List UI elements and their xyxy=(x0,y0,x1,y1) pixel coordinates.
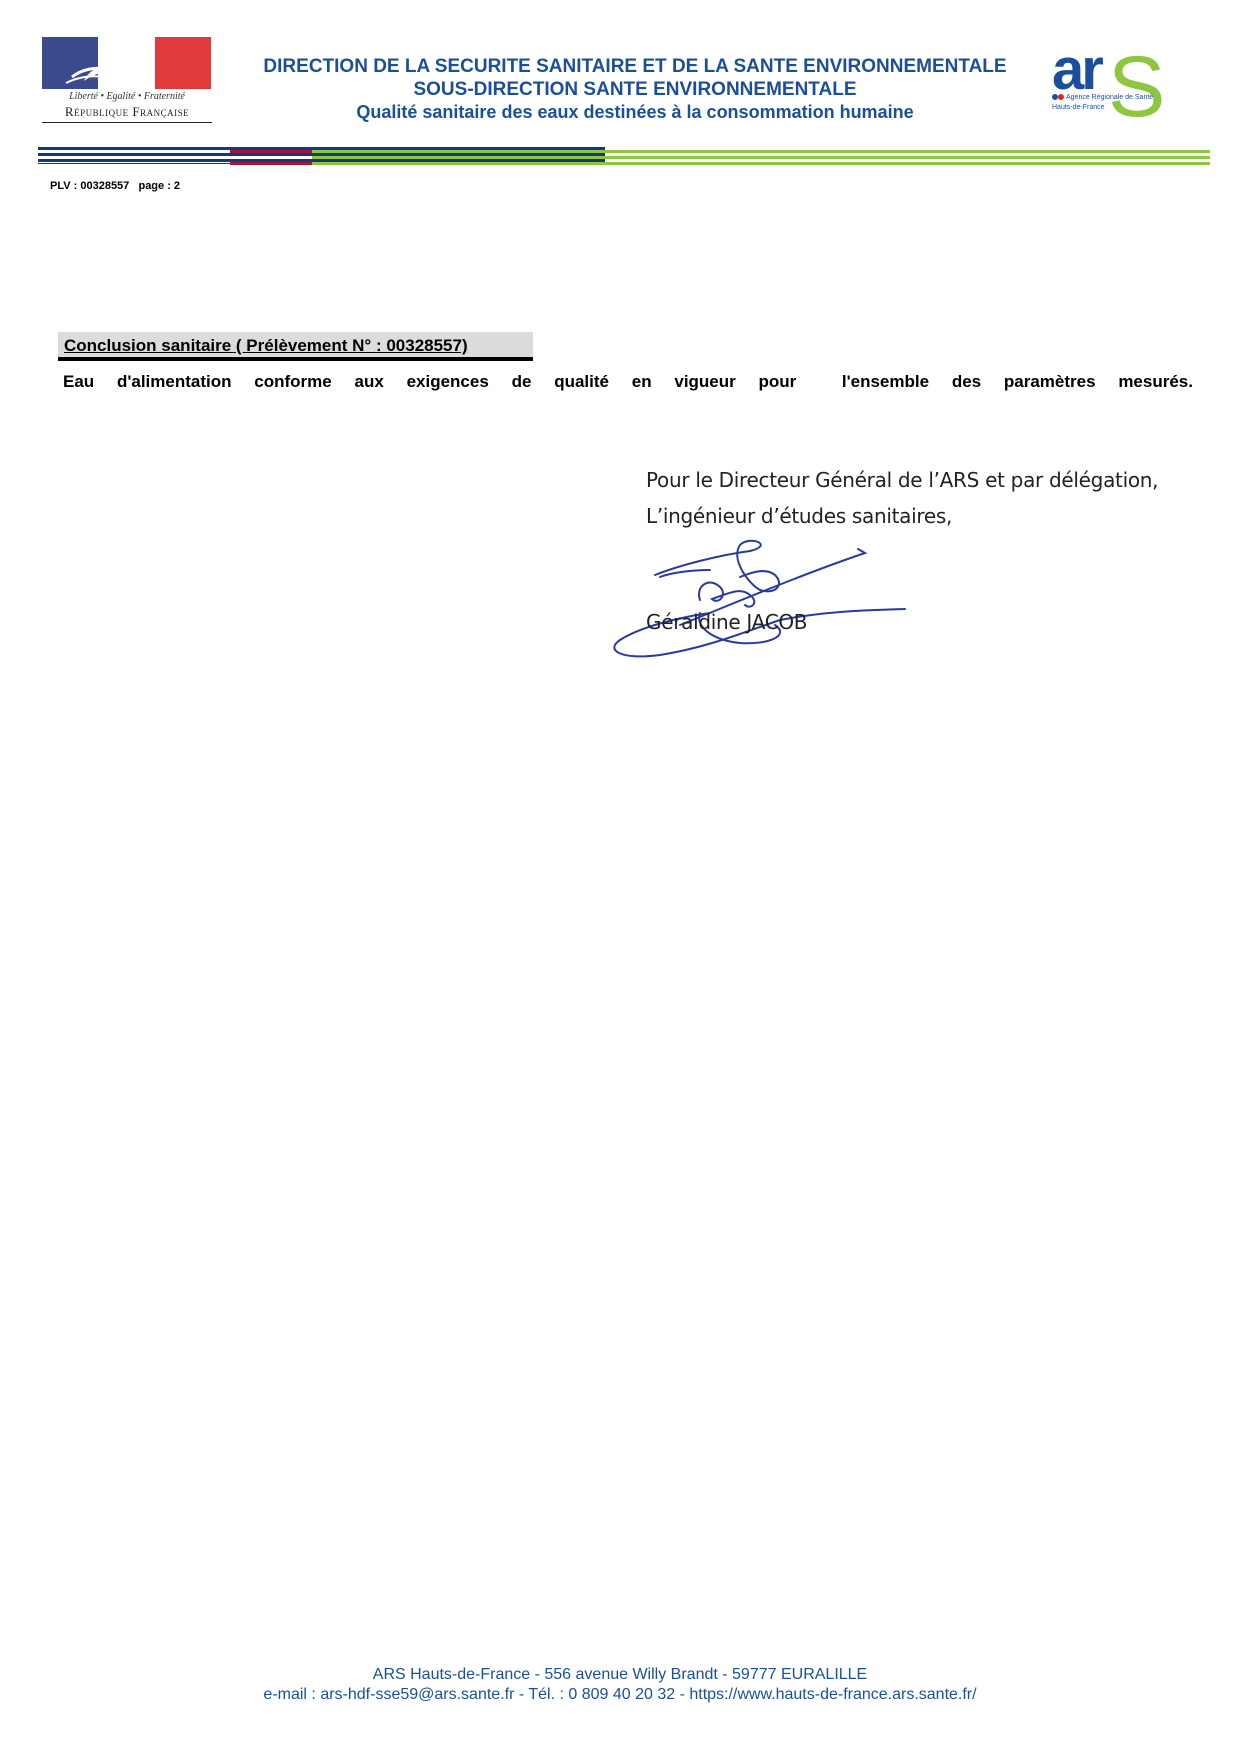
conclusion-word: d'alimentation xyxy=(117,372,232,392)
motto-text: Liberté • Egalité • Fraternité xyxy=(42,91,212,102)
stripe-red-segment xyxy=(230,147,312,165)
conclusion-word: exigences xyxy=(407,372,489,392)
sample-reference: PLV : 00328557 page : 2 xyxy=(50,180,180,192)
title-sous-direction: SOUS-DIRECTION SANTE ENVIRONNEMENTALE xyxy=(205,78,1065,101)
conclusion-word: conforme xyxy=(254,372,331,392)
header-titles: DIRECTION DE LA SECURITE SANITAIRE ET DE… xyxy=(205,55,1065,124)
conclusion-word: aux xyxy=(355,372,384,392)
conclusion-word: paramètres xyxy=(1004,372,1096,392)
ars-agency-label: Agence Régionale de Santé xyxy=(1052,94,1153,101)
ars-logo: ar S Agence Régionale de Santé Hauts-de-… xyxy=(1052,50,1182,130)
conclusion-word: de xyxy=(512,372,532,392)
marianne-flag-icon xyxy=(42,37,211,89)
ars-region-label: Hauts-de-France xyxy=(1052,104,1105,111)
footer-address: ARS Hauts-de-France - 556 avenue Willy B… xyxy=(0,1665,1240,1685)
republique-francaise-logo: Liberté • Egalité • Fraternité Républiqu… xyxy=(42,37,212,125)
conclusion-word: en xyxy=(632,372,652,392)
conclusion-word: des xyxy=(952,372,981,392)
footer-contact: e-mail : ars-hdf-sse59@ars.sante.fr - Té… xyxy=(0,1685,1240,1705)
conclusion-word: Eau xyxy=(63,372,94,392)
logo-underline xyxy=(42,122,212,123)
page-number: page : 2 xyxy=(138,180,180,192)
stripe-green-blue-segment xyxy=(312,147,605,165)
conclusion-text: Eaud'alimentationconformeauxexigencesdeq… xyxy=(63,372,1193,392)
conclusion-heading-text: Conclusion sanitaire ( Prélèvement N° : … xyxy=(64,336,468,356)
conclusion-word: vigueur xyxy=(674,372,735,392)
red-dot-icon xyxy=(1058,94,1064,100)
signature-delegation: Pour le Directeur Général de l’ARS et pa… xyxy=(646,468,1158,492)
signatory-name: Géraldine JACOB xyxy=(646,610,807,634)
conclusion-heading: Conclusion sanitaire ( Prélèvement N° : … xyxy=(58,332,533,361)
title-subject: Qualité sanitaire des eaux destinées à l… xyxy=(205,101,1065,124)
footer: ARS Hauts-de-France - 556 avenue Willy B… xyxy=(0,1665,1240,1705)
republique-francaise-text: République Française xyxy=(42,104,212,120)
website-link[interactable]: https://www.hauts-de-france.ars.sante.fr… xyxy=(689,1686,976,1703)
ars-logo-ar: ar xyxy=(1052,36,1101,103)
plv-number: PLV : 00328557 xyxy=(50,180,129,192)
conclusion-word: l'ensemble xyxy=(842,372,929,392)
title-direction: DIRECTION DE LA SECURITE SANITAIRE ET DE… xyxy=(205,55,1065,78)
ars-logo-s: S xyxy=(1108,38,1165,137)
handwritten-signature-icon xyxy=(600,515,920,660)
conclusion-word: qualité xyxy=(554,372,609,392)
footer-contact-text: e-mail : ars-hdf-sse59@ars.sante.fr - Té… xyxy=(263,1686,689,1703)
header-stripes xyxy=(38,147,1210,165)
stripe-blue-segment xyxy=(38,147,230,165)
stripe-green-segment xyxy=(605,147,1210,165)
conclusion-word: pour xyxy=(759,372,797,392)
conclusion-word: mesurés. xyxy=(1118,372,1193,392)
